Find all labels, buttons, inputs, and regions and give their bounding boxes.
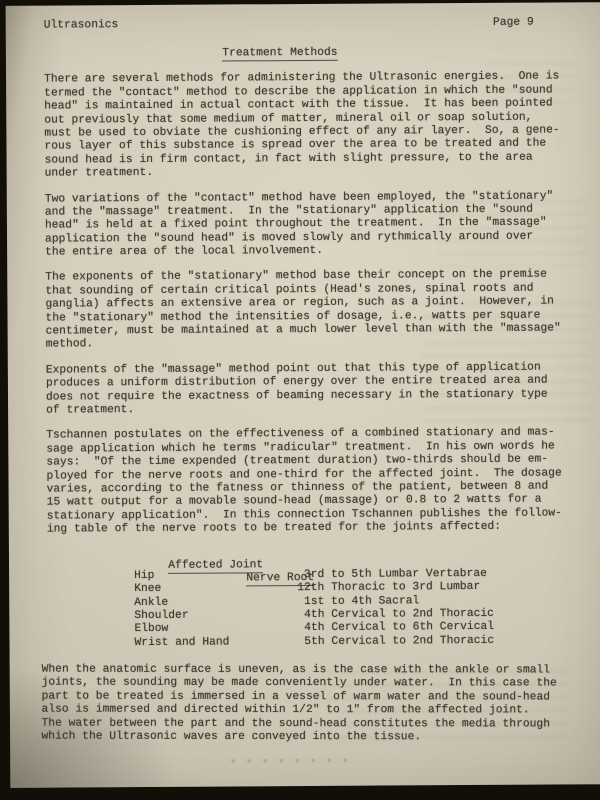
text-line: joints, the sounding may be made conveni… xyxy=(42,677,562,691)
nerve-root-cell: 12th Thoracic to 3rd Lumbar xyxy=(297,581,480,596)
paragraph-tschannen-radicular: Tschannen postulates on the effectivenes… xyxy=(46,427,567,537)
text-line: which the Ultrasonic waves are conveyed … xyxy=(41,731,561,745)
table-header-row: Affected Joint Nerve Root xyxy=(47,544,567,563)
text-line: method. xyxy=(46,336,566,353)
text-line: under treatment. xyxy=(45,165,565,182)
bleed-through-separator: * * * * * * * * xyxy=(30,756,550,773)
affected-joint-cell: Elbow xyxy=(134,623,297,637)
affected-joint-cell: Shoulder xyxy=(134,609,297,623)
page-title-text: Treatment Methods xyxy=(222,47,337,62)
page-title: Treatment Methods xyxy=(20,46,540,65)
affected-joint-cell: Hip xyxy=(134,569,297,583)
paragraph-underwater-method: When the anatomic surface is uneven, as … xyxy=(41,664,561,745)
text-line: also is immersed and directed within 1/2… xyxy=(42,704,562,718)
affected-joint-cell: Wrist and Hand xyxy=(134,636,297,650)
text-line: the entire area of the local involvement… xyxy=(45,243,565,260)
page-content: Ultrasonics Page 9 Treatment Methods The… xyxy=(6,2,600,788)
affected-joint-cell: Knee xyxy=(134,582,297,596)
paragraph-contact-method: There are several methods for administer… xyxy=(44,71,565,181)
table-row: Wrist and Hand 5th Cervical to 2nd Thora… xyxy=(47,634,567,651)
running-header-title: Ultrasonics xyxy=(44,19,119,33)
table-body: Hip 3rd to 5th Lumbar VertabraeKnee12th … xyxy=(47,567,567,651)
paragraph-two-variations: Two variations of the "contact" method h… xyxy=(45,190,565,260)
photo-background: { "header": { "left": "Ultrasonics", "ri… xyxy=(0,0,600,800)
text-line: of treatment. xyxy=(46,401,566,418)
page-number: Page 9 xyxy=(493,17,534,31)
running-header: Ultrasonics Page 9 xyxy=(44,16,564,33)
nerve-root-cell: 4th Cervical to 6th Cervical xyxy=(297,621,494,636)
paragraph-massage-exponents: Exponents of the "massage" method point … xyxy=(46,361,566,418)
nerve-root-cell: 1st to 4th Sacral xyxy=(297,595,419,609)
text-line: The water between the part and the sound… xyxy=(42,717,562,731)
text-line: ing table of the nerve roots to be treat… xyxy=(47,521,567,538)
nerve-root-cell: 5th Cervical to 2nd Thoracic xyxy=(297,635,494,650)
document-page: Ultrasonics Page 9 Treatment Methods The… xyxy=(6,2,600,788)
nerve-root-table: Affected Joint Nerve Root Hip 3rd to 5th… xyxy=(47,544,568,651)
paragraph-stationary-premise: The exponents of the "stationary" method… xyxy=(45,269,565,353)
affected-joint-cell: Ankle xyxy=(134,596,297,610)
